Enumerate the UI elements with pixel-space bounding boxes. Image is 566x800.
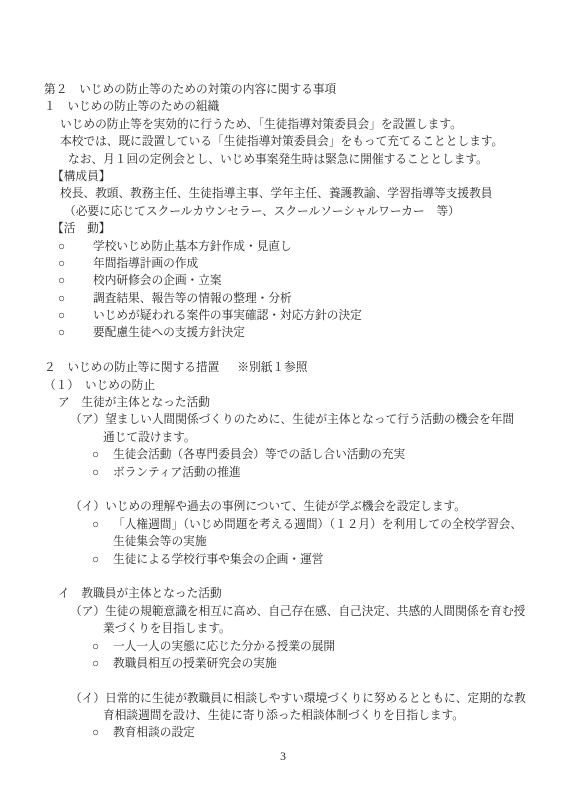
spacer xyxy=(44,672,550,689)
list-item-text: 教職員相互の授業研究会の実施 xyxy=(113,657,277,670)
list-item-text: 校内研修会の企画・立案 xyxy=(93,274,222,287)
item-label: （イ） xyxy=(70,692,105,705)
block-b-item-b-line-2: 育相談週間を設け、生徒に寄り添った相談体制づくりを目指します。 xyxy=(103,707,550,724)
list-item-text: 教育相談の設定 xyxy=(113,726,195,739)
list-item: ○「人権週間」（いじめ問題を考える週間）（１２月）を利用しての全校学習会、 xyxy=(92,516,550,533)
block-b-item-a-line-1: （ア）生徒の規範意識を相互に高め、自己存在感、自己決定、共感的人間関係を育む授 xyxy=(70,603,550,620)
list-item-text: 「人権週間」（いじめ問題を考える週間）（１２月）を利用しての全校学習会、 xyxy=(113,518,522,531)
block-a-item-a-line-2: 通じて設けます。 xyxy=(103,429,550,446)
circle-bullet-icon: ○ xyxy=(92,655,113,672)
list-item: ○学校いじめ防止基本方針作成・見直し xyxy=(58,238,550,255)
block-b-heading: イ 教職員が主体となった活動 xyxy=(58,585,550,602)
list-item-continuation: 生徒集会等の実施 xyxy=(113,533,550,550)
members-line-2: （必要に応じてスクールカウンセラー、スクールソーシャルワーカー 等） xyxy=(64,203,550,220)
item-text: 日常的に生徒が教職員に相談しやすい環境づくりに努めるとともに、定期的な教 xyxy=(105,692,526,705)
section1-heading: １ いじめの防止等のための組織 xyxy=(44,98,550,115)
section2-heading-row: ２ いじめの防止等に関する措置※別紙１参照 xyxy=(44,359,550,376)
list-item: ○教育相談の設定 xyxy=(92,724,550,741)
list-item-text: 学校いじめ防止基本方針作成・見直し xyxy=(93,240,292,253)
circle-bullet-icon: ○ xyxy=(92,638,113,655)
document-page: 第２ いじめの防止等のための対策の内容に関する事項 １ いじめの防止等のための組… xyxy=(0,0,566,800)
list-item: ○調査結果、報告等の情報の整理・分析 xyxy=(58,290,550,307)
item-text: 望ましい人間関係づくりのために、生徒が主体となって行う活動の機会を年間 xyxy=(105,413,514,426)
members-line-1: 校長、教頭、教務主任、生徒指導主事、学年主任、養護教諭、学習指導等支援教員 xyxy=(60,185,550,202)
circle-bullet-icon: ○ xyxy=(58,290,93,307)
item-label: （イ） xyxy=(70,500,105,513)
circle-bullet-icon: ○ xyxy=(92,516,113,533)
section2-note: ※別紙１参照 xyxy=(237,361,307,374)
circle-bullet-icon: ○ xyxy=(92,464,113,481)
spacer xyxy=(44,568,550,585)
spacer xyxy=(44,481,550,498)
list-item-text: 生徒会活動（各専門委員会）等での話し合い活動の充実 xyxy=(113,448,405,461)
list-item-text: 要配慮生徒への支援方針決定 xyxy=(93,326,245,339)
block-a-item-b-line-1: （イ）いじめの理解や過去の事例について、生徒が学ぶ機会を設定します。 xyxy=(70,498,550,515)
circle-bullet-icon: ○ xyxy=(58,307,93,324)
list-item: ○年間指導計画の作成 xyxy=(58,255,550,272)
list-item-text: ボランティア活動の推進 xyxy=(113,466,241,479)
block-a-item-a-line-1: （ア）望ましい人間関係づくりのために、生徒が主体となって行う活動の機会を年間 xyxy=(70,411,550,428)
section1-paragraph-3: なお、月１回の定例会とし、いじめ事案発生時は緊急に開催することとします。 xyxy=(68,151,550,168)
list-item: ○いじめが疑われる案件の事実確認・対応方針の決定 xyxy=(58,307,550,324)
activities-label: 【活 動】 xyxy=(52,220,550,237)
list-item: ○教職員相互の授業研究会の実施 xyxy=(92,655,550,672)
circle-bullet-icon: ○ xyxy=(58,255,93,272)
item-label: （ア） xyxy=(70,413,105,426)
item-text: いじめの理解や過去の事例について、生徒が学ぶ機会を設定します。 xyxy=(105,500,466,513)
list-item: ○生徒による学校行事や集会の企画・運営 xyxy=(92,551,550,568)
section1-paragraph-1: いじめの防止等を実効的に行うため、「生徒指導対策委員会」を設置します。 xyxy=(60,116,550,133)
section2-heading: ２ いじめの防止等に関する措置 xyxy=(44,361,219,374)
list-item: ○ボランティア活動の推進 xyxy=(92,464,550,481)
list-item: ○校内研修会の企画・立案 xyxy=(58,272,550,289)
list-item-text: 生徒による学校行事や集会の企画・運営 xyxy=(113,553,323,566)
item-label: （ア） xyxy=(70,605,105,618)
circle-bullet-icon: ○ xyxy=(92,724,113,741)
spacer xyxy=(44,342,550,359)
list-item-text: 年間指導計画の作成 xyxy=(93,257,198,270)
circle-bullet-icon: ○ xyxy=(92,551,113,568)
list-item-text: 一人一人の実態に応じた分かる授業の展開 xyxy=(113,640,335,653)
list-item-text: 調査結果、報告等の情報の整理・分析 xyxy=(93,292,292,305)
section1-paragraph-2: 本校では、既に設置している「生徒指導対策委員会」をもって充てることとします。 xyxy=(60,133,550,150)
list-item: ○一人一人の実態に応じた分かる授業の展開 xyxy=(92,638,550,655)
list-item: ○生徒会活動（各専門委員会）等での話し合い活動の充実 xyxy=(92,446,550,463)
block-a-heading: ア 生徒が主体となった活動 xyxy=(58,394,550,411)
block-b-item-b-line-1: （イ）日常的に生徒が教職員に相談しやすい環境づくりに努めるとともに、定期的な教 xyxy=(70,690,550,707)
members-label: 【構成員】 xyxy=(52,168,550,185)
sub1-heading: （１） いじめの防止 xyxy=(44,377,550,394)
page-number: 3 xyxy=(16,748,550,765)
circle-bullet-icon: ○ xyxy=(58,272,93,289)
circle-bullet-icon: ○ xyxy=(58,324,93,341)
doc-title: 第２ いじめの防止等のための対策の内容に関する事項 xyxy=(44,81,550,98)
circle-bullet-icon: ○ xyxy=(58,238,93,255)
list-item: ○要配慮生徒への支援方針決定 xyxy=(58,324,550,341)
list-item-text: いじめが疑われる案件の事実確認・対応方針の決定 xyxy=(93,309,362,322)
block-b-item-a-line-2: 業づくりを目指します。 xyxy=(103,620,550,637)
circle-bullet-icon: ○ xyxy=(92,446,113,463)
item-text: 生徒の規範意識を相互に高め、自己存在感、自己決定、共感的人間関係を育む授 xyxy=(105,605,525,618)
